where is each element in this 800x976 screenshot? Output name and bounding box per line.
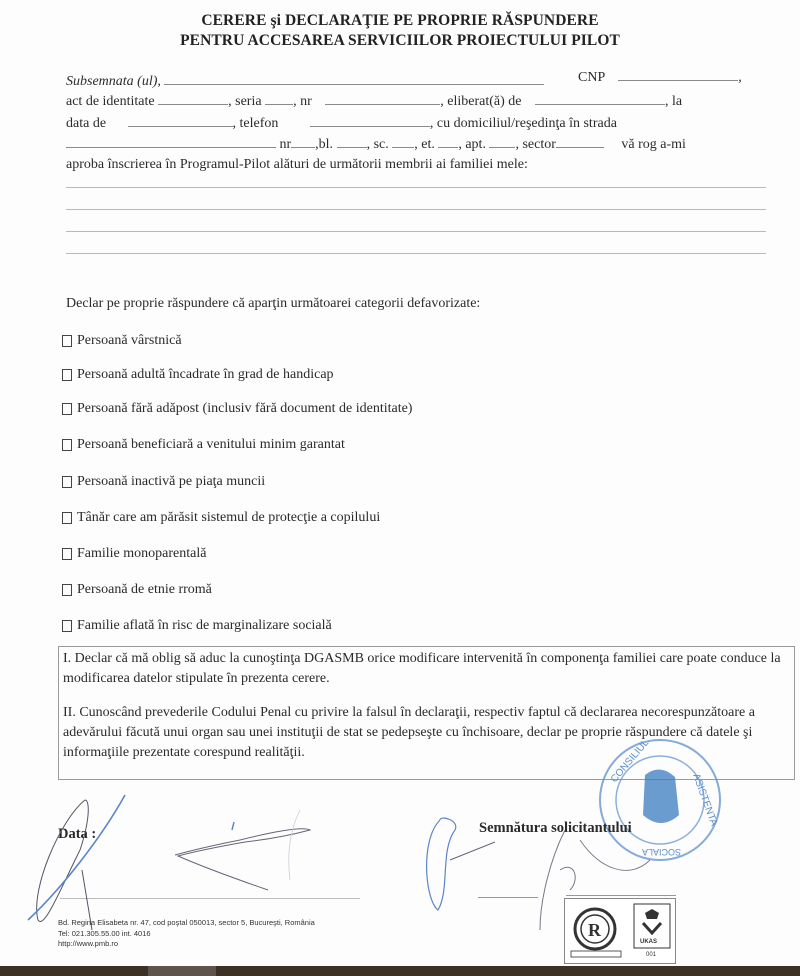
svg-text:R: R xyxy=(588,920,602,940)
strada-field[interactable] xyxy=(66,135,276,148)
checkbox[interactable] xyxy=(62,584,72,596)
seria-field[interactable] xyxy=(265,92,293,105)
label-et: , et. xyxy=(414,137,435,152)
document-page: CERERE şi DECLARAŢIE PE PROPRIE RĂSPUNDE… xyxy=(0,0,800,966)
document-title-line2: PENTRU ACCESAREA SERVICIILOR PROIECTULUI… xyxy=(0,32,800,50)
category-item-7[interactable]: Familie monoparentală xyxy=(62,546,206,562)
checkbox[interactable] xyxy=(62,335,72,347)
bottom-bar-segment xyxy=(148,966,216,976)
category-item-3[interactable]: Persoană fără adăpost (inclusiv fără doc… xyxy=(62,401,412,417)
family-member-line-4[interactable] xyxy=(66,253,766,254)
category-item-4[interactable]: Persoană beneficiară a venitului minim g… xyxy=(62,437,345,453)
comma: , xyxy=(738,70,742,85)
category-item-8[interactable]: Persoană de etnie rromă xyxy=(62,582,212,598)
label-nr: , nr xyxy=(293,94,312,109)
declaration-1: I. Declar că mă oblig să aduc la cunoşti… xyxy=(63,649,783,689)
sector-field[interactable] xyxy=(556,135,604,148)
category-item-9[interactable]: Familie aflată în risc de marginalizare … xyxy=(62,618,332,634)
category-label: Familie aflată în risc de marginalizare … xyxy=(77,618,332,634)
label-va-rog: vă rog a-mi xyxy=(621,137,686,152)
category-item-5[interactable]: Persoană inactivă pe piaţa muncii xyxy=(62,474,265,490)
row-data: data de , telefon , cu domiciliul/reşedi… xyxy=(66,114,617,132)
category-label: Persoană beneficiară a venitului minim g… xyxy=(77,437,345,453)
telefon-field[interactable] xyxy=(310,114,430,127)
bottom-bar xyxy=(0,966,800,976)
label-data-de: data de xyxy=(66,116,106,131)
label-sc: , sc. xyxy=(367,137,389,152)
checkbox[interactable] xyxy=(62,439,72,451)
aproba-text: aproba înscrierea în Programul-Pilot ală… xyxy=(66,157,528,173)
label-subsemnata: Subsemnata (ul), xyxy=(66,74,161,89)
checkbox[interactable] xyxy=(62,548,72,560)
category-item-2[interactable]: Persoană adultă încadrate în grad de han… xyxy=(62,367,334,383)
footer-web-link[interactable]: http://www.pmb.ro xyxy=(58,939,315,950)
checkbox[interactable] xyxy=(62,512,72,524)
checkbox[interactable] xyxy=(62,403,72,415)
data-de-field[interactable] xyxy=(128,114,233,127)
certification-logos: R UKAS 001 xyxy=(564,898,676,964)
row-address: nr,bl. , sc. , et. , apt. , sector vă ro… xyxy=(66,135,686,153)
family-member-line-2[interactable] xyxy=(66,209,766,210)
category-label: Persoană inactivă pe piaţa muncii xyxy=(77,474,265,490)
row-cnp: CNP , xyxy=(578,68,742,86)
document-title-line1: CERERE şi DECLARAŢIE PE PROPRIE RĂSPUNDE… xyxy=(0,12,800,30)
label-la: , la xyxy=(665,94,682,109)
category-label: Tânăr care am părăsit sistemul de protec… xyxy=(77,510,380,526)
category-label: Persoană de etnie rromă xyxy=(77,582,212,598)
registered-quality-icon: R xyxy=(569,903,625,959)
footer-address: Bd. Regina Elisabeta nr. 47, cod poştal … xyxy=(58,918,315,929)
cnp-field[interactable] xyxy=(618,68,738,81)
eliberat-field[interactable] xyxy=(535,92,665,105)
checkbox[interactable] xyxy=(62,476,72,488)
footer-tel: Tel: 021.305.55.00 int. 4016 xyxy=(58,929,315,940)
nr2-field[interactable] xyxy=(291,135,315,148)
apt-field[interactable] xyxy=(489,135,515,148)
row-act: act de identitate , seria , nr , elibera… xyxy=(66,92,682,110)
label-eliberat: , eliberat(ă) de xyxy=(440,94,521,109)
sc-field[interactable] xyxy=(392,135,414,148)
svg-text:001: 001 xyxy=(646,952,657,958)
label-telefon: , telefon xyxy=(233,116,279,131)
label-domiciliu: , cu domiciliul/reşedinţa în strada xyxy=(430,116,617,131)
label-seria: , seria xyxy=(228,94,261,109)
footer-address-block: Bd. Regina Elisabeta nr. 47, cod poştal … xyxy=(58,918,315,950)
category-label: Familie monoparentală xyxy=(77,546,206,562)
label-act-identitate: act de identitate xyxy=(66,94,155,109)
label-cnp: CNP xyxy=(578,70,605,85)
category-item-1[interactable]: Persoană vârstnică xyxy=(62,333,182,349)
family-member-line-1[interactable] xyxy=(66,187,766,188)
et-field[interactable] xyxy=(438,135,458,148)
label-sector: , sector xyxy=(515,137,555,152)
act-identitate-field[interactable] xyxy=(158,92,228,105)
label-nr2: nr xyxy=(280,137,292,152)
checkbox[interactable] xyxy=(62,620,72,632)
name-field[interactable] xyxy=(164,72,544,85)
ukas-crown-icon: UKAS 001 xyxy=(633,903,671,959)
row-subsemnata: Subsemnata (ul), xyxy=(66,72,544,90)
checkbox[interactable] xyxy=(62,369,72,381)
bl-field[interactable] xyxy=(337,135,367,148)
family-member-line-3[interactable] xyxy=(66,231,766,232)
category-label: Persoană fără adăpost (inclusiv fără doc… xyxy=(77,401,412,417)
label-bl: ,bl. xyxy=(315,137,333,152)
category-label: Persoană vârstnică xyxy=(77,333,182,349)
svg-text:UKAS: UKAS xyxy=(640,939,657,945)
categories-heading: Declar pe proprie răspundere că aparţin … xyxy=(66,296,480,312)
label-apt: , apt. xyxy=(458,137,486,152)
category-label: Persoană adultă încadrate în grad de han… xyxy=(77,367,334,383)
category-item-6[interactable]: Tânăr care am părăsit sistemul de protec… xyxy=(62,510,380,526)
nr-field[interactable] xyxy=(325,92,440,105)
